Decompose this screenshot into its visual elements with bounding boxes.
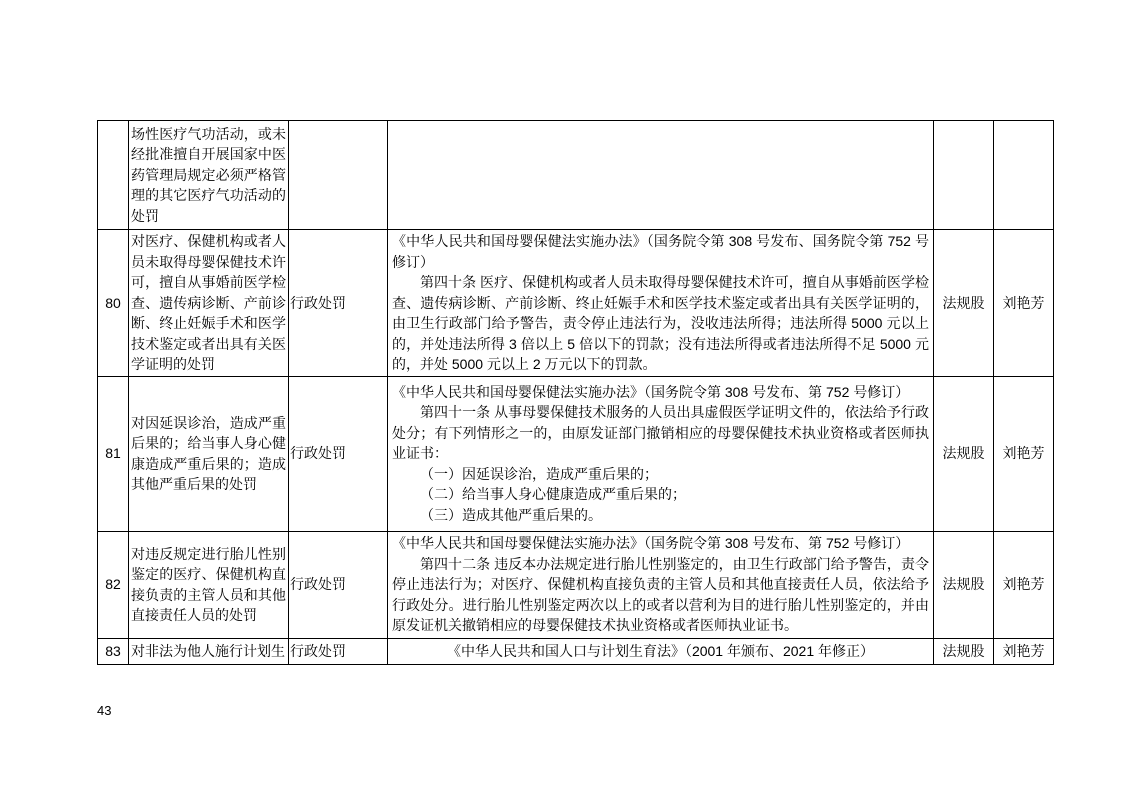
penalty-type-cell: 行政处罚 xyxy=(289,531,388,638)
table-row: 80 对医疗、保健机构或者人员未取得母婴保健技术许可，擅自从事婚前医学检查、遗传… xyxy=(98,230,1054,377)
law-title-text: 《中华人民共和国母婴保健法实施办法》（国务院令第 308 号发布、第 752 号… xyxy=(392,382,929,403)
penalty-type-cell: 行政处罚 xyxy=(289,376,388,531)
law-article-text: 第四十条 医疗、保健机构或者人员未取得母婴保健技术许可，擅自从事婚前医学检查、遗… xyxy=(392,272,929,375)
penalty-table: 场性医疗气功活动，或未经批准擅自开展国家中医药管理局规定必须严格管理的其它医疗气… xyxy=(97,120,1054,665)
penalty-desc-cell: 对非法为他人施行计划生 xyxy=(129,638,289,664)
table-row: 场性医疗气功活动，或未经批准擅自开展国家中医药管理局规定必须严格管理的其它医疗气… xyxy=(98,121,1054,230)
table-row: 81 对因延误诊治，造成严重后果的；给当事人身心健康造成严重后果的；造成其他严重… xyxy=(98,376,1054,531)
person-cell: 刘艳芳 xyxy=(994,531,1054,638)
dept-cell xyxy=(934,121,994,230)
law-title-text: 《中华人民共和国母婴保健法实施办法》（国务院令第 308 号发布、第 752 号… xyxy=(392,533,929,554)
row-number-cell: 80 xyxy=(98,230,129,377)
row-number-cell: 82 xyxy=(98,531,129,638)
law-article-text: 第四十二条 违反本办法规定进行胎儿性别鉴定的，由卫生行政部门给予警告，责令停止违… xyxy=(392,554,929,636)
penalty-desc-cell: 对医疗、保健机构或者人员未取得母婴保健技术许可，擅自从事婚前医学检查、遗传病诊断… xyxy=(129,230,289,377)
law-title-text: 《中华人民共和国母婴保健法实施办法》（国务院令第 308 号发布、国务院令第 7… xyxy=(392,231,929,272)
row-number-cell: 83 xyxy=(98,638,129,664)
row-number-cell: 81 xyxy=(98,376,129,531)
person-cell: 刘艳芳 xyxy=(994,376,1054,531)
dept-cell: 法规股 xyxy=(934,638,994,664)
penalty-type-cell xyxy=(289,121,388,230)
legal-basis-cell xyxy=(388,121,934,230)
legal-basis-cell: 《中华人民共和国母婴保健法实施办法》（国务院令第 308 号发布、第 752 号… xyxy=(388,531,934,638)
legal-basis-cell: 《中华人民共和国人口与计划生育法》（2001 年颁布、2021 年修正） xyxy=(388,638,934,664)
dept-cell: 法规股 xyxy=(934,376,994,531)
penalty-type-cell: 行政处罚 xyxy=(289,638,388,664)
penalty-desc-cell: 对违反规定进行胎儿性别鉴定的医疗、保健机构直接负责的主管人员和其他直接责任人员的… xyxy=(129,531,289,638)
penalty-desc-cell: 场性医疗气功活动，或未经批准擅自开展国家中医药管理局规定必须严格管理的其它医疗气… xyxy=(129,121,289,230)
law-item-text: （三）造成其他严重后果的。 xyxy=(392,505,929,526)
row-number-cell xyxy=(98,121,129,230)
penalty-type-cell: 行政处罚 xyxy=(289,230,388,377)
law-article-text: 第四十一条 从事母婴保健技术服务的人员出具虚假医学证明文件的，依法给予行政处分；… xyxy=(392,402,929,464)
document-page: 场性医疗气功活动，或未经批准擅自开展国家中医药管理局规定必须严格管理的其它医疗气… xyxy=(0,0,1122,793)
person-cell xyxy=(994,121,1054,230)
penalty-desc-cell: 对因延误诊治，造成严重后果的；给当事人身心健康造成严重后果的；造成其他严重后果的… xyxy=(129,376,289,531)
person-cell: 刘艳芳 xyxy=(994,230,1054,377)
dept-cell: 法规股 xyxy=(934,531,994,638)
page-number: 43 xyxy=(97,703,111,718)
legal-basis-cell: 《中华人民共和国母婴保健法实施办法》（国务院令第 308 号发布、第 752 号… xyxy=(388,376,934,531)
legal-basis-cell: 《中华人民共和国母婴保健法实施办法》（国务院令第 308 号发布、国务院令第 7… xyxy=(388,230,934,377)
law-item-text: （一）因延误诊治，造成严重后果的； xyxy=(392,464,929,485)
table-row: 82 对违反规定进行胎儿性别鉴定的医疗、保健机构直接负责的主管人员和其他直接责任… xyxy=(98,531,1054,638)
law-item-text: （二）给当事人身心健康造成严重后果的； xyxy=(392,484,929,505)
law-title-text: 《中华人民共和国人口与计划生育法》（2001 年颁布、2021 年修正） xyxy=(392,641,929,662)
table-row: 83 对非法为他人施行计划生 行政处罚 《中华人民共和国人口与计划生育法》（20… xyxy=(98,638,1054,664)
person-cell: 刘艳芳 xyxy=(994,638,1054,664)
dept-cell: 法规股 xyxy=(934,230,994,377)
